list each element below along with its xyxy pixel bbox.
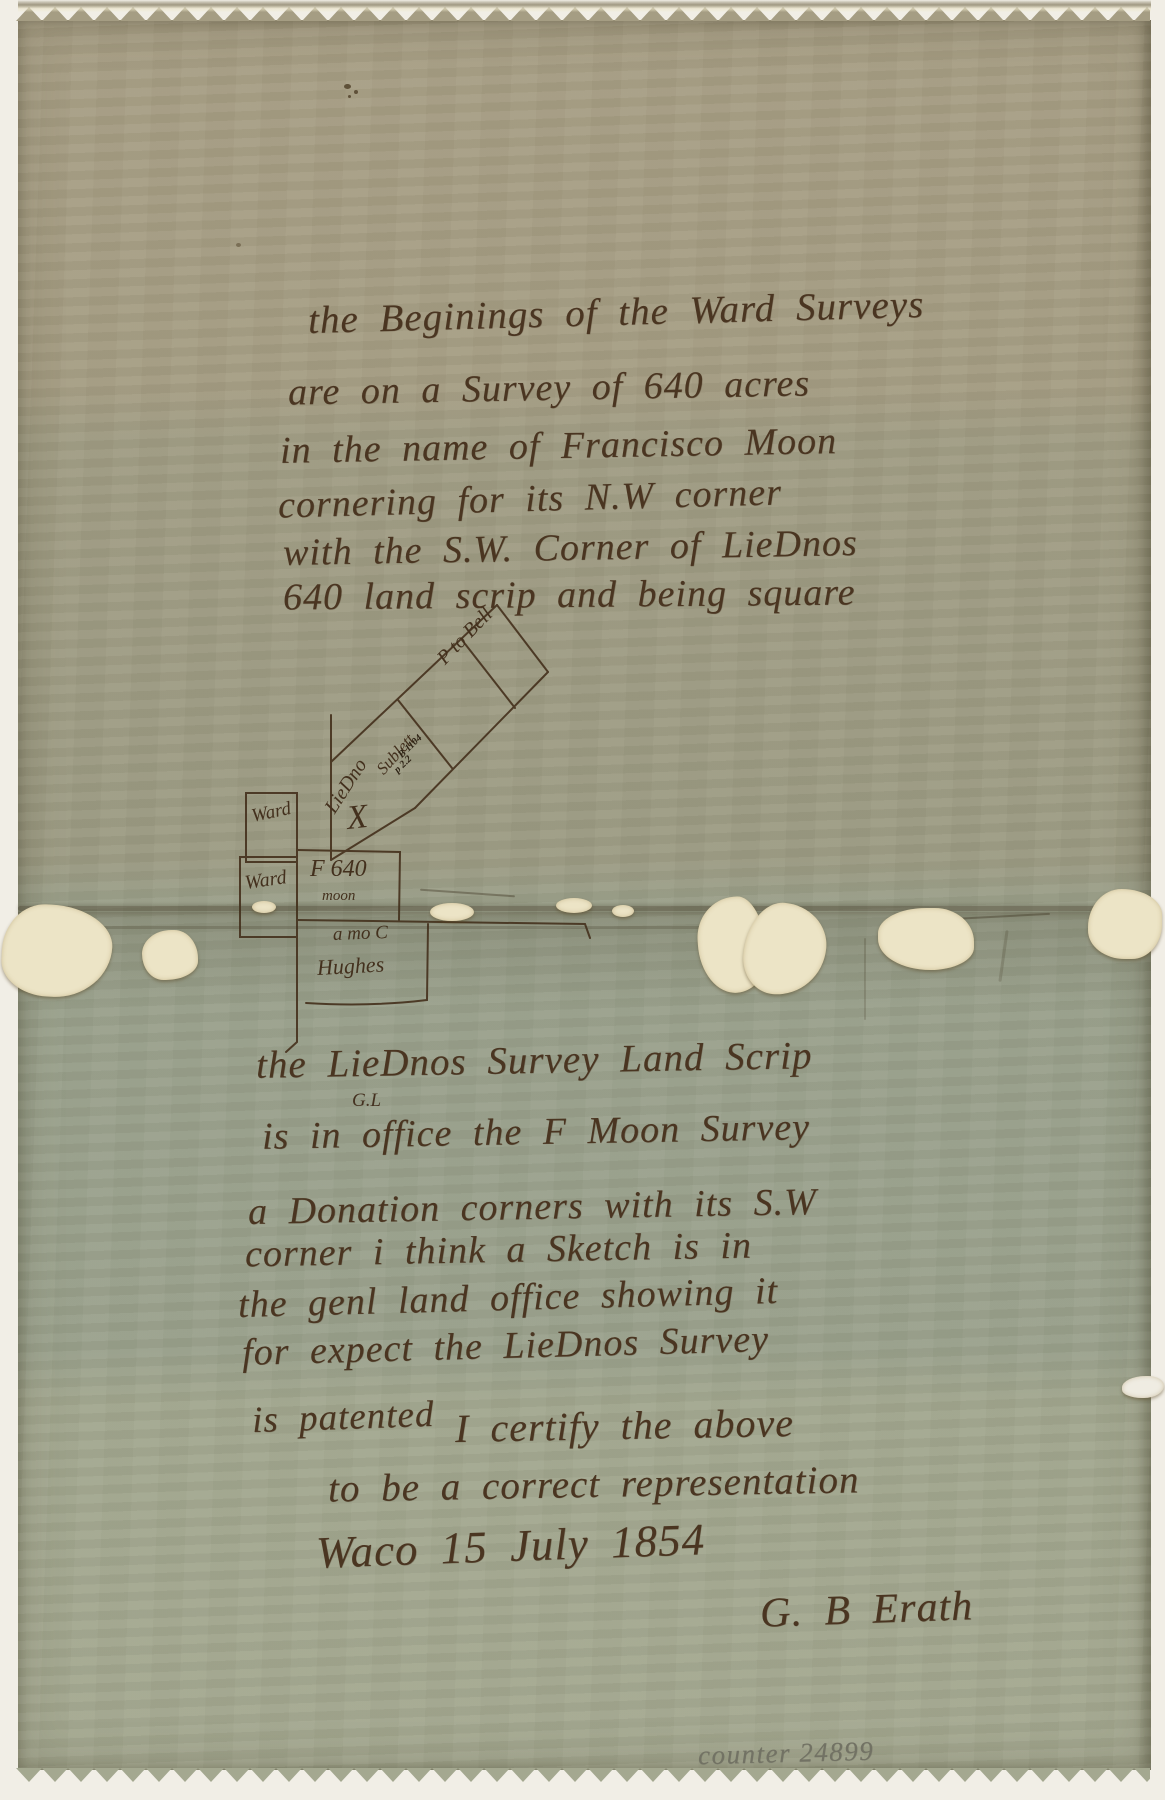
plat-corridor-cap [497,605,548,672]
tear-hole [1088,889,1162,959]
tear-sliver [612,905,634,917]
plat-corridor-lower [415,672,548,808]
plat-label-moon-1: F 640 [310,856,367,883]
body-line-8-superscript: G.L [352,1090,381,1112]
body-line-10: corner i think a Sketch is in [245,1224,753,1277]
tear-hole [878,908,974,970]
tear-sliver [430,903,474,921]
body-line-13: is patented [251,1393,435,1442]
pencil-counter-annotation: counter 24899 [698,1736,875,1772]
tear-hole [142,930,198,980]
document-scan: the Beginings of the Ward Surveys are on… [0,0,1165,1800]
plat-label-moon-2: moon [322,888,355,905]
tear-sliver [556,898,592,913]
certification-line-1: I certify the above [455,1399,795,1452]
certification-line-2: to be a correct representation [328,1457,860,1511]
tear-sliver [252,901,276,913]
crack-segment-vertical [864,938,866,1020]
plat-divider-2 [462,640,515,708]
signature: G. B Erath [759,1582,974,1637]
plat-label-x-mark: X [345,798,370,838]
